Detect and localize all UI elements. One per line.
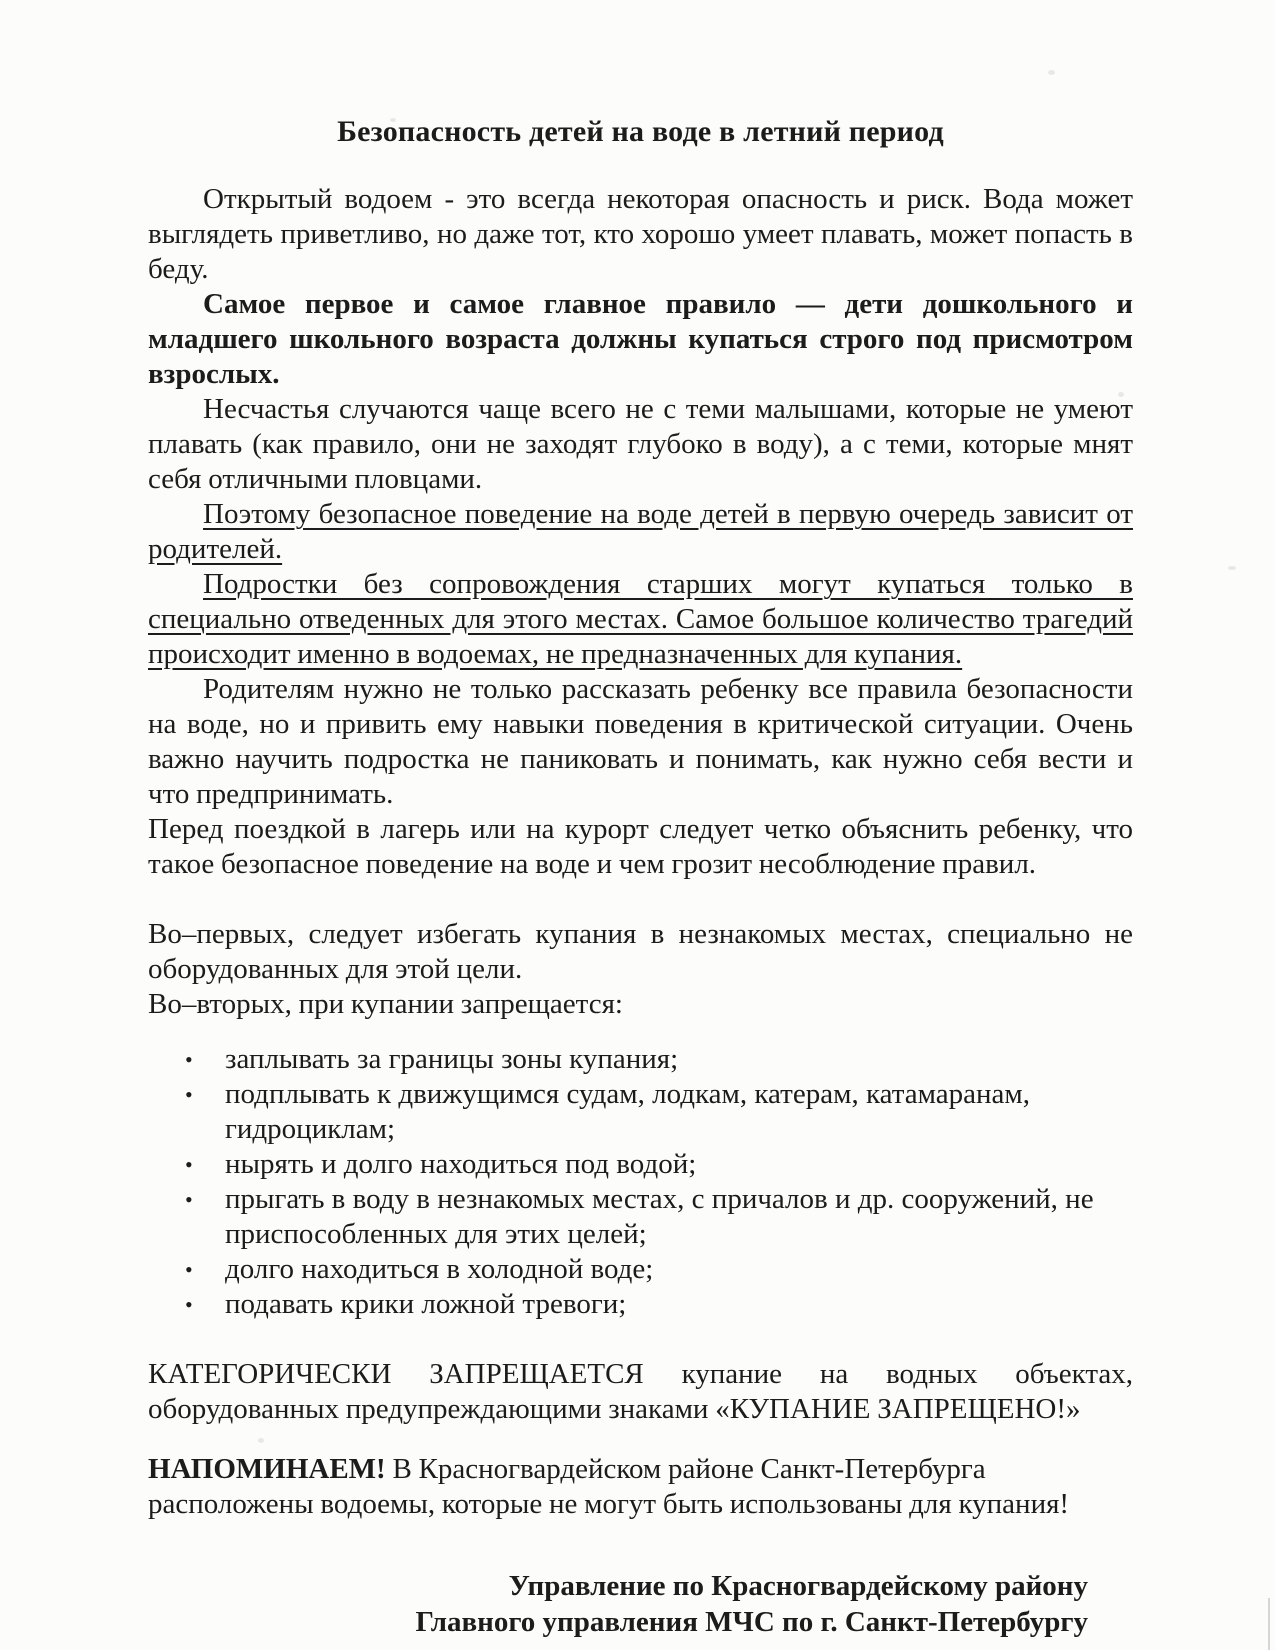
list-item-text: прыгать в воду в незнакомых местах, с пр…	[225, 1182, 1133, 1252]
list-item-text: заплывать за границы зоны купания;	[225, 1042, 1133, 1077]
paragraph-accidents: Несчастья случаются чаще всего не с теми…	[148, 392, 1133, 497]
scan-speck	[390, 118, 396, 122]
paragraph-main-rule: Самое первое и самое главное правило — д…	[148, 287, 1133, 392]
scan-speck	[1118, 392, 1124, 397]
bullet-icon: •	[185, 1182, 225, 1252]
bullet-icon: •	[185, 1077, 225, 1147]
page-title: Безопасность детей на воде в летний пери…	[148, 112, 1133, 152]
scan-speck	[1228, 566, 1236, 570]
paragraph-firstly: Во–первых, следует избегать купания в не…	[148, 917, 1133, 987]
paragraph-parents-teach: Родителям нужно не только рассказать реб…	[148, 672, 1133, 812]
list-item: • нырять и долго находиться под водой;	[185, 1147, 1133, 1182]
bullet-icon: •	[185, 1287, 225, 1322]
list-item-text: подавать крики ложной тревоги;	[225, 1287, 1133, 1322]
list-item-text: подплывать к движущимся судам, лодкам, к…	[225, 1077, 1133, 1147]
paragraph-secondly: Во–вторых, при купании запрещается:	[148, 987, 1133, 1022]
reminder-lead: НАПОМИНАЕМ!	[148, 1453, 386, 1485]
scan-edge-artifact	[1268, 1598, 1270, 1650]
paragraph-teens: Подростки без сопровождения старших могу…	[148, 567, 1133, 672]
bullet-icon: •	[185, 1042, 225, 1077]
scan-speck	[258, 1438, 264, 1443]
paragraph-categorically: КАТЕГОРИЧЕСКИ ЗАПРЕЩАЕТСЯ купание на вод…	[148, 1357, 1133, 1427]
scan-speck	[1048, 70, 1055, 75]
prohibited-list: • заплывать за границы зоны купания; • п…	[148, 1042, 1133, 1322]
list-item: • прыгать в воду в незнакомых местах, с …	[185, 1182, 1133, 1252]
paragraph-reminder: НАПОМИНАЕМ! В Красногвардейском районе С…	[148, 1452, 1133, 1522]
paragraph-before-trip: Перед поездкой в лагерь или на курорт сл…	[148, 812, 1133, 882]
categorically-lead: КАТЕГОРИЧЕСКИ ЗАПРЕЩАЕТСЯ	[148, 1358, 644, 1390]
bullet-icon: •	[185, 1147, 225, 1182]
paragraph-open-water: Открытый водоем - это всегда некоторая о…	[148, 182, 1133, 287]
list-item: • долго находиться в холодной воде;	[185, 1252, 1133, 1287]
bullet-icon: •	[185, 1252, 225, 1287]
list-item-text: нырять и долго находиться под водой;	[225, 1147, 1133, 1182]
signature-line-1: Управление по Красногвардейскому району	[148, 1568, 1088, 1604]
list-item-text: долго находиться в холодной воде;	[225, 1252, 1133, 1287]
signature-block: Управление по Красногвардейскому району …	[148, 1568, 1133, 1640]
signature-line-2: Главного управления МЧС по г. Санкт-Пете…	[148, 1604, 1088, 1640]
list-item: • подавать крики ложной тревоги;	[185, 1287, 1133, 1322]
paragraph-parents-responsibility: Поэтому безопасное поведение на воде дет…	[148, 497, 1133, 567]
list-item: • подплывать к движущимся судам, лодкам,…	[185, 1077, 1133, 1147]
document-page: Безопасность детей на воде в летний пери…	[0, 0, 1275, 1650]
list-item: • заплывать за границы зоны купания;	[185, 1042, 1133, 1077]
